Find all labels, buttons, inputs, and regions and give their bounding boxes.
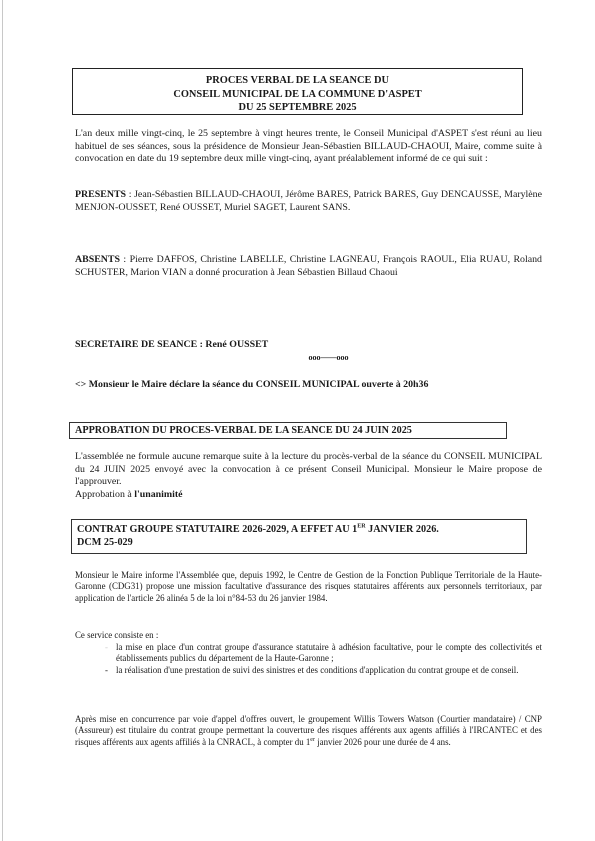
contrat-heading-text: CONTRAT GROUPE STATUTAIRE 2026-2029, A E… [77, 524, 357, 535]
contrat-list-intro: Ce service consiste en : [75, 630, 542, 641]
presents-paragraph: PRESENTS : Jean-Sébastien BILLAUD-CHAOUI… [75, 189, 542, 214]
list-item-text: la mise en place d'un contrat groupe d'a… [116, 642, 542, 663]
absents-label: ABSENTS [75, 254, 120, 265]
opening-statement: <> Monsieur le Maire déclare la séance d… [75, 379, 542, 392]
contrat-heading-line-2: DCM 25-029 [77, 536, 521, 549]
list-item: - la réalisation d'une prestation de sui… [75, 665, 542, 676]
contrat-heading-sup: ER [357, 524, 365, 530]
page-edge [2, 0, 3, 841]
contrat-paragraph-1: Monsieur le Maire informe l'Assemblée qu… [75, 570, 542, 604]
list-item-text: la réalisation d'une prestation de suivi… [116, 665, 518, 675]
secretaire-paragraph: SECRETAIRE DE SEANCE : René OUSSET [75, 339, 542, 352]
title-line-2: CONSEIL MUNICIPAL DE LA COMMUNE D'ASPET [73, 88, 522, 102]
contrat-paragraph-2-text-end: janvier 2026 pour une durée de 4 ans. [315, 737, 451, 747]
section-approbation-heading: APPROBATION DU PROCES-VERBAL DE LA SEANC… [69, 422, 507, 439]
intro-paragraph: L'an deux mille vingt-cinq, le 25 septem… [75, 128, 542, 166]
contrat-paragraph-2-text: Après mise en concurrence par voie d'app… [75, 714, 542, 747]
title-line-1: PROCES VERBAL DE LA SEANCE DU [73, 74, 522, 88]
absents-separator: : [120, 254, 130, 265]
title-line-3: DU 25 SEPTEMBRE 2025 [73, 101, 522, 115]
absents-list: Pierre DAFFOS, Christine LABELLE, Christ… [75, 254, 542, 278]
divider-ornament: ooo——ooo [75, 352, 562, 365]
presents-label: PRESENTS [75, 189, 126, 200]
presents-list: Jean-Sébastien BILLAUD-CHAOUI, Jérôme BA… [75, 189, 542, 213]
bullet-marker: - [105, 642, 108, 653]
bullet-marker: - [105, 665, 108, 676]
list-item: - la mise en place d'un contrat groupe d… [75, 642, 542, 665]
approbation-result: l'unanimité [134, 489, 182, 500]
section-contrat-heading: CONTRAT GROUPE STATUTAIRE 2026-2029, A E… [71, 519, 527, 554]
contrat-heading-line-1: CONTRAT GROUPE STATUTAIRE 2026-2029, A E… [77, 523, 521, 536]
secretaire-label: SECRETAIRE DE SEANCE : René OUSSET [75, 339, 268, 350]
absents-paragraph: ABSENTS : Pierre DAFFOS, Christine LABEL… [75, 254, 542, 279]
presents-separator: : [126, 189, 134, 200]
approbation-result-prefix: Approbation à [75, 489, 134, 500]
contrat-paragraph-2: Après mise en concurrence par voie d'app… [75, 714, 542, 748]
contrat-bullet-list: - la mise en place d'un contrat groupe d… [75, 642, 542, 676]
approbation-text: L'assemblée ne formule aucune remarque s… [75, 451, 542, 487]
document-title-box: PROCES VERBAL DE LA SEANCE DU CONSEIL MU… [72, 68, 523, 115]
contrat-heading-text-2: JANVIER 2026. [366, 524, 439, 535]
approbation-body: L'assemblée ne formule aucune remarque s… [75, 451, 542, 501]
